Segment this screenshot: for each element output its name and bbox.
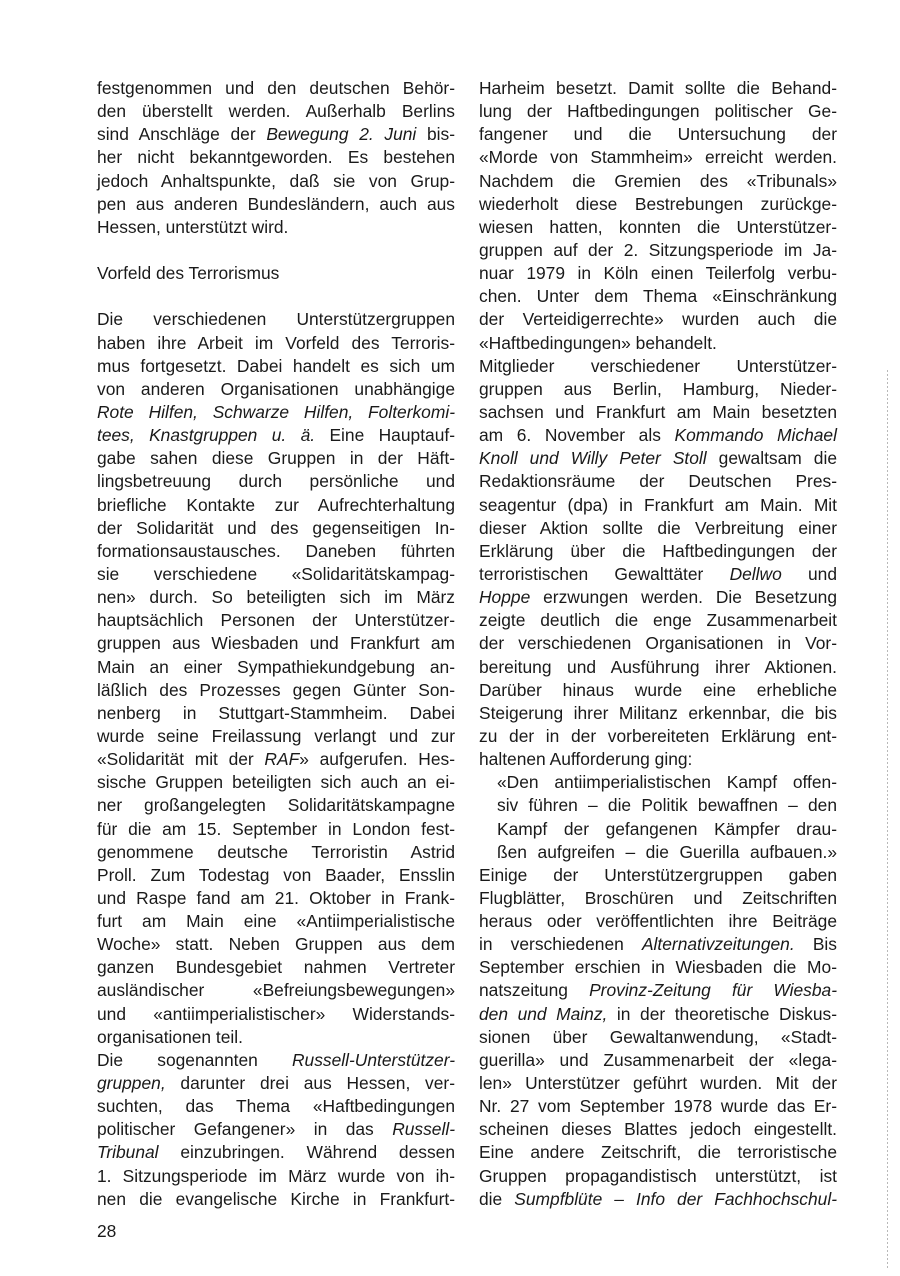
text-line: guerilla» und Zusammenarbeit der «lega- — [479, 1049, 837, 1072]
text-segment: scheinen dieses Blattes jedoch eingestel… — [479, 1119, 837, 1139]
section-heading: Vorfeld des Terrorismus — [97, 262, 455, 285]
text-line: Flugblätter, Broschüren und Zeitschrifte… — [479, 887, 837, 910]
text-segment: ganzen Bundesgebiet nahmen Vertreter — [97, 957, 455, 977]
text-line: gruppen auf der 2. Sitzungsperiode im Ja… — [479, 239, 837, 262]
text-segment: in verschiedenen — [479, 934, 642, 954]
text-segment: «Haftbedingungen» behandelt. — [479, 333, 717, 353]
text-line: September erschien in Wiesbaden die Mo- — [479, 956, 837, 979]
italic-text: Alternativzeitungen. — [642, 934, 795, 954]
text-line: ner großangelegten Solidaritätskampagne — [97, 794, 455, 817]
italic-text: Dellwo — [730, 564, 782, 584]
text-segment: und «antiimperialistischer» Widerstands- — [97, 1004, 455, 1024]
text-segment: politischer Gefangener» in das — [97, 1119, 392, 1139]
text-line: nen» durch. So beteiligten sich im März — [97, 586, 455, 609]
text-line: ausländischer «Befreiungsbewegungen» — [97, 979, 455, 1002]
italic-text: gruppen, — [97, 1073, 166, 1093]
text-segment: pen aus anderen Bundesländern, auch aus — [97, 194, 455, 214]
text-line: Steigerung ihrer Militanz erkennbar, die… — [479, 702, 837, 725]
text-line: Tribunal einzubringen. Während dessen — [97, 1141, 455, 1164]
text-segment: am 6. November als — [479, 425, 675, 445]
text-line: nen die evangelische Kirche in Frankfurt… — [97, 1188, 455, 1211]
text-segment: seagentur (dpa) in Frankfurt am Main. Mi… — [479, 495, 837, 515]
text-line: Die sogenannten Russell-Unterstützer- — [97, 1049, 455, 1072]
text-line: zu der in der vorbereiteten Erklärung en… — [479, 725, 837, 748]
text-segment: «Solidarität mit der — [97, 749, 264, 769]
text-segment: bereitung und Ausführung ihrer Aktionen. — [479, 657, 837, 677]
text-line: dieser Aktion sollte die Verbreitung ein… — [479, 517, 837, 540]
text-line: pen aus anderen Bundesländern, auch aus — [97, 193, 455, 216]
text-segment: formationsaustausches. Daneben führten — [97, 541, 455, 561]
text-segment: September erschien in Wiesbaden die Mo- — [479, 957, 837, 977]
text-segment: Steigerung ihrer Militanz erkennbar, die… — [479, 703, 837, 723]
text-segment: einzubringen. Während dessen — [159, 1142, 455, 1162]
text-segment: 1. Sitzungsperiode im März wurde von ih- — [97, 1166, 455, 1186]
text-segment: organisationen teil. — [97, 1027, 243, 1047]
text-line: Woche» statt. Neben Gruppen aus dem — [97, 933, 455, 956]
text-segment: lingsbetreuung durch persönliche und — [97, 471, 455, 491]
text-segment: len» Unterstützer geführt wurden. Mit de… — [479, 1073, 837, 1093]
text-line: am 6. November als Kommando Michael — [479, 424, 837, 447]
text-line: Knoll und Willy Peter Stoll gewaltsam di… — [479, 447, 837, 470]
text-line: der verschiedenen Organisationen in Vor- — [479, 632, 837, 655]
text-line: Hoppe erzwungen werden. Die Besetzung — [479, 586, 837, 609]
text-line: der Verteidigerrechte» wurden auch die — [479, 308, 837, 331]
text-line: Mitglieder verschiedener Unterstützer- — [479, 355, 837, 378]
italic-text: Provinz-Zeitung für Wiesba- — [589, 980, 837, 1000]
text-segment: und — [782, 564, 837, 584]
text-segment: Eine andere Zeitschrift, die terroristis… — [479, 1142, 837, 1162]
text-line: Redaktionsräume der Deutschen Pres- — [479, 470, 837, 493]
blank-line — [97, 285, 455, 308]
text-segment: die — [479, 1189, 514, 1209]
text-segment: Nr. 27 vom September 1978 wurde das Er- — [479, 1096, 837, 1116]
text-line: 1. Sitzungsperiode im März wurde von ih- — [97, 1165, 455, 1188]
text-line: wurde seine Freilassung verlangt und zur — [97, 725, 455, 748]
text-segment: Nachdem die Gremien des «Tribunals» — [479, 171, 837, 191]
text-segment: lung der Haftbedingungen politischer Ge- — [479, 101, 837, 121]
text-line: jedoch Anhaltspunkte, daß sie von Grup- — [97, 170, 455, 193]
quote-line: siv führen – die Politik bewaffnen – den — [479, 794, 837, 817]
text-line: Main an einer Sympathiekundgebung an- — [97, 656, 455, 679]
text-line: bereitung und Ausführung ihrer Aktionen. — [479, 656, 837, 679]
text-segment: haltenen Aufforderung ging: — [479, 749, 692, 769]
text-line: terroristischen Gewalttäter Dellwo und — [479, 563, 837, 586]
italic-text: RAF — [264, 749, 299, 769]
text-segment: den überstellt werden. Außerhalb Berlins — [97, 101, 455, 121]
text-line: politischer Gefangener» in das Russell- — [97, 1118, 455, 1141]
text-segment: Darüber hinaus wurde eine erhebliche — [479, 680, 837, 700]
text-line: organisationen teil. — [97, 1026, 455, 1049]
text-line: haben ihre Arbeit im Vorfeld des Terrori… — [97, 332, 455, 355]
text-line: und Raspe fand am 21. Oktober in Frank- — [97, 887, 455, 910]
quote-line: Kampf der gefangenen Kämpfer drau- — [479, 818, 837, 841]
text-segment: Gruppen propagandistisch unterstützt, is… — [479, 1166, 837, 1186]
text-segment: ausländischer «Befreiungsbewegungen» — [97, 980, 455, 1000]
text-line: Rote Hilfen, Schwarze Hilfen, Folterkomi… — [97, 401, 455, 424]
text-line: seagentur (dpa) in Frankfurt am Main. Mi… — [479, 494, 837, 517]
text-segment: ner großangelegten Solidaritätskampagne — [97, 795, 455, 815]
text-segment: gruppen aus Berlin, Hamburg, Nieder- — [479, 379, 837, 399]
text-line: Darüber hinaus wurde eine erhebliche — [479, 679, 837, 702]
text-line: gruppen aus Berlin, Hamburg, Nieder- — [479, 378, 837, 401]
text-segment: Redaktionsräume der Deutschen Pres- — [479, 471, 837, 491]
text-segment: gabe sahen diese Gruppen in der Häft- — [97, 448, 455, 468]
text-segment: dieser Aktion sollte die Verbreitung ein… — [479, 518, 837, 538]
text-segment: Vorfeld des Terrorismus — [97, 263, 279, 283]
text-segment: Kampf der gefangenen Kämpfer drau- — [497, 819, 837, 839]
text-segment: furt am Main eine «Antiimperialistische — [97, 911, 455, 931]
text-segment: Flugblätter, Broschüren und Zeitschrifte… — [479, 888, 837, 908]
italic-text: Tribunal — [97, 1142, 159, 1162]
text-segment: für die am 15. September in London fest- — [97, 819, 455, 839]
text-segment: «Den antiimperialistischen Kampf offen- — [497, 772, 837, 792]
text-segment: Mitglieder verschiedener Unterstützer- — [479, 356, 837, 376]
text-segment: erzwungen werden. Die Besetzung — [530, 587, 837, 607]
text-line: scheinen dieses Blattes jedoch eingestel… — [479, 1118, 837, 1141]
text-segment: nuar 1979 in Köln einen Teilerfolg verbu… — [479, 263, 837, 283]
text-line: Proll. Zum Todestag von Baader, Ensslin — [97, 864, 455, 887]
text-segment: natszeitung — [479, 980, 589, 1000]
text-line: Hessen, unterstützt wird. — [97, 216, 455, 239]
text-segment: bis- — [416, 124, 455, 144]
text-segment: und Raspe fand am 21. Oktober in Frank- — [97, 888, 455, 908]
text-line: «Solidarität mit der RAF» aufgerufen. He… — [97, 748, 455, 771]
text-segment: Harheim besetzt. Damit sollte die Behand… — [479, 78, 837, 98]
text-segment: der verschiedenen Organisationen in Vor- — [479, 633, 837, 653]
text-segment: Erklärung über die Haftbedingungen der — [479, 541, 837, 561]
text-segment: Proll. Zum Todestag von Baader, Ensslin — [97, 865, 455, 885]
text-segment: in der theoretische Diskus- — [607, 1004, 837, 1024]
text-segment: fangener und die Untersuchung der — [479, 124, 837, 144]
text-line: wiesen hatten, konnten die Unterstützer- — [479, 216, 837, 239]
text-line: Gruppen propagandistisch unterstützt, is… — [479, 1165, 837, 1188]
text-line: für die am 15. September in London fest- — [97, 818, 455, 841]
text-line: in verschiedenen Alternativzeitungen. Bi… — [479, 933, 837, 956]
text-line: lingsbetreuung durch persönliche und — [97, 470, 455, 493]
text-line: her nicht bekanntgeworden. Es bestehen — [97, 146, 455, 169]
text-segment: Die verschiedenen Unterstützergruppen — [97, 309, 455, 329]
text-line: Die verschiedenen Unterstützergruppen — [97, 308, 455, 331]
text-segment: festgenommen und den deutschen Behör- — [97, 78, 455, 98]
text-segment: genommene deutsche Terroristin Astrid — [97, 842, 455, 862]
text-segment: guerilla» und Zusammenarbeit der «lega- — [479, 1050, 837, 1070]
text-line: gruppen, darunter drei aus Hessen, ver- — [97, 1072, 455, 1095]
text-line: sionen über Gewaltanwendung, «Stadt- — [479, 1026, 837, 1049]
text-segment: Main an einer Sympathiekundgebung an- — [97, 657, 455, 677]
text-segment: Woche» statt. Neben Gruppen aus dem — [97, 934, 455, 954]
text-segment: zu der in der vorbereiteten Erklärung en… — [479, 726, 837, 746]
text-line: fangener und die Untersuchung der — [479, 123, 837, 146]
text-line: tees, Knastgruppen u. ä. Eine Hauptauf- — [97, 424, 455, 447]
text-line: hauptsächlich Personen der Unterstützer- — [97, 609, 455, 632]
text-segment: sie verschiedene «Solidaritätskampag- — [97, 564, 455, 584]
text-line: nuar 1979 in Köln einen Teilerfolg verbu… — [479, 262, 837, 285]
italic-text: Rote Hilfen, Schwarze Hilfen, Folterkomi… — [97, 402, 455, 422]
text-line: sische Gruppen beteiligten sich auch an … — [97, 771, 455, 794]
text-line: läßlich des Prozesses gegen Günter Son- — [97, 679, 455, 702]
text-line: haltenen Aufforderung ging: — [479, 748, 837, 771]
quote-line: ßen aufgreifen – die Guerilla aufbauen.» — [479, 841, 837, 864]
text-line: Erklärung über die Haftbedingungen der — [479, 540, 837, 563]
text-line: natszeitung Provinz-Zeitung für Wiesba- — [479, 979, 837, 1002]
text-segment: wiesen hatten, konnten die Unterstützer- — [479, 217, 837, 237]
text-segment: gruppen aus Wiesbaden und Frankfurt am — [97, 633, 455, 653]
text-segment: suchten, das Thema «Haftbedingungen — [97, 1096, 455, 1116]
text-line: festgenommen und den deutschen Behör- — [97, 77, 455, 100]
right-text-column: Harheim besetzt. Damit sollte die Behand… — [479, 77, 837, 1211]
text-segment: von anderen Organisationen unabhängige — [97, 379, 455, 399]
text-segment: nen» durch. So beteiligten sich im März — [97, 587, 455, 607]
text-line: len» Unterstützer geführt wurden. Mit de… — [479, 1072, 837, 1095]
text-segment: gewaltsam die — [707, 448, 837, 468]
left-text-column: festgenommen und den deutschen Behör-den… — [97, 77, 455, 1211]
text-line: mus fortgesetzt. Dabei handelt es sich u… — [97, 355, 455, 378]
text-segment: sachsen und Frankfurt am Main besetzten — [479, 402, 837, 422]
text-line: gabe sahen diese Gruppen in der Häft- — [97, 447, 455, 470]
italic-text: Sumpfblüte – Info der Fachhochschul- — [514, 1189, 837, 1209]
text-line: von anderen Organisationen unabhängige — [97, 378, 455, 401]
text-line: und «antiimperialistischer» Widerstands- — [97, 1003, 455, 1026]
text-segment: wurde seine Freilassung verlangt und zur — [97, 726, 455, 746]
blank-line — [97, 239, 455, 262]
text-segment: zeigte deutlich die enge Zusammenarbeit — [479, 610, 837, 630]
text-segment: chen. Unter dem Thema «Einschränkung — [479, 286, 837, 306]
text-segment: wiederholt diese Bestrebungen zurückge- — [479, 194, 837, 214]
text-segment: briefliche Kontakte zur Aufrechterhaltun… — [97, 495, 455, 515]
text-line: zeigte deutlich die enge Zusammenarbeit — [479, 609, 837, 632]
text-line: Nachdem die Gremien des «Tribunals» — [479, 170, 837, 193]
text-segment: Die sogenannten — [97, 1050, 292, 1070]
text-segment: Eine Hauptauf- — [315, 425, 455, 445]
text-segment: sind Anschläge der — [97, 124, 266, 144]
text-segment: haben ihre Arbeit im Vorfeld des Terrori… — [97, 333, 455, 353]
text-line: sachsen und Frankfurt am Main besetzten — [479, 401, 837, 424]
text-segment: Bis — [795, 934, 837, 954]
text-segment: heraus oder veröffentlichten ihre Beiträ… — [479, 911, 837, 931]
text-segment: siv führen – die Politik bewaffnen – den — [497, 795, 837, 815]
text-segment: läßlich des Prozesses gegen Günter Son- — [97, 680, 455, 700]
text-segment: sische Gruppen beteiligten sich auch an … — [97, 772, 455, 792]
text-segment: der Verteidigerrechte» wurden auch die — [479, 309, 837, 329]
text-line: Einige der Unterstützergruppen gaben — [479, 864, 837, 887]
text-line: lung der Haftbedingungen politischer Ge- — [479, 100, 837, 123]
text-segment: terroristischen Gewalttäter — [479, 564, 730, 584]
text-line: Harheim besetzt. Damit sollte die Behand… — [479, 77, 837, 100]
text-segment: her nicht bekanntgeworden. Es bestehen — [97, 147, 455, 167]
text-line: sind Anschläge der Bewegung 2. Juni bis- — [97, 123, 455, 146]
text-segment: nen die evangelische Kirche in Frankfurt… — [97, 1189, 455, 1209]
text-line: «Morde von Stammheim» erreicht werden. — [479, 146, 837, 169]
text-line: den überstellt werden. Außerhalb Berlins — [97, 100, 455, 123]
quote-line: «Den antiimperialistischen Kampf offen- — [479, 771, 837, 794]
text-line: Nr. 27 vom September 1978 wurde das Er- — [479, 1095, 837, 1118]
text-segment: Einige der Unterstützergruppen gaben — [479, 865, 837, 885]
text-segment: «Morde von Stammheim» erreicht werden. — [479, 147, 837, 167]
text-segment: Hessen, unterstützt wird. — [97, 217, 288, 237]
text-line: ganzen Bundesgebiet nahmen Vertreter — [97, 956, 455, 979]
text-segment: mus fortgesetzt. Dabei handelt es sich u… — [97, 356, 455, 376]
text-line: formationsaustausches. Daneben führten — [97, 540, 455, 563]
text-line: der Solidarität und des gegenseitigen In… — [97, 517, 455, 540]
text-segment: » aufgerufen. Hes- — [299, 749, 455, 769]
page-number: 28 — [97, 1220, 116, 1243]
italic-text: Russell- — [392, 1119, 455, 1139]
text-segment: gruppen auf der 2. Sitzungsperiode im Ja… — [479, 240, 837, 260]
italic-text: Bewegung 2. Juni — [266, 124, 416, 144]
text-line: sie verschiedene «Solidaritätskampag- — [97, 563, 455, 586]
text-line: den und Mainz, in der theoretische Disku… — [479, 1003, 837, 1026]
italic-text: Kommando Michael — [675, 425, 837, 445]
scan-edge-line — [887, 370, 888, 1270]
italic-text: Hoppe — [479, 587, 530, 607]
italic-text: den und Mainz, — [479, 1004, 607, 1024]
text-segment: jedoch Anhaltspunkte, daß sie von Grup- — [97, 171, 455, 191]
text-line: Eine andere Zeitschrift, die terroristis… — [479, 1141, 837, 1164]
text-line: gruppen aus Wiesbaden und Frankfurt am — [97, 632, 455, 655]
text-segment: der Solidarität und des gegenseitigen In… — [97, 518, 455, 538]
text-line: briefliche Kontakte zur Aufrechterhaltun… — [97, 494, 455, 517]
text-line: heraus oder veröffentlichten ihre Beiträ… — [479, 910, 837, 933]
italic-text: Russell-Unterstützer- — [292, 1050, 455, 1070]
text-segment: darunter drei aus Hessen, ver- — [166, 1073, 455, 1093]
text-line: «Haftbedingungen» behandelt. — [479, 332, 837, 355]
italic-text: Knoll und Willy Peter Stoll — [479, 448, 707, 468]
text-line: chen. Unter dem Thema «Einschränkung — [479, 285, 837, 308]
text-segment: ßen aufgreifen – die Guerilla aufbauen.» — [497, 842, 837, 862]
text-line: suchten, das Thema «Haftbedingungen — [97, 1095, 455, 1118]
text-line: furt am Main eine «Antiimperialistische — [97, 910, 455, 933]
italic-text: tees, Knastgruppen u. ä. — [97, 425, 315, 445]
text-line: wiederholt diese Bestrebungen zurückge- — [479, 193, 837, 216]
text-segment: nenberg in Stuttgart-Stammheim. Dabei — [97, 703, 455, 723]
text-line: nenberg in Stuttgart-Stammheim. Dabei — [97, 702, 455, 725]
text-line: die Sumpfblüte – Info der Fachhochschul- — [479, 1188, 837, 1211]
text-line: genommene deutsche Terroristin Astrid — [97, 841, 455, 864]
text-segment: hauptsächlich Personen der Unterstützer- — [97, 610, 455, 630]
text-segment: sionen über Gewaltanwendung, «Stadt- — [479, 1027, 837, 1047]
